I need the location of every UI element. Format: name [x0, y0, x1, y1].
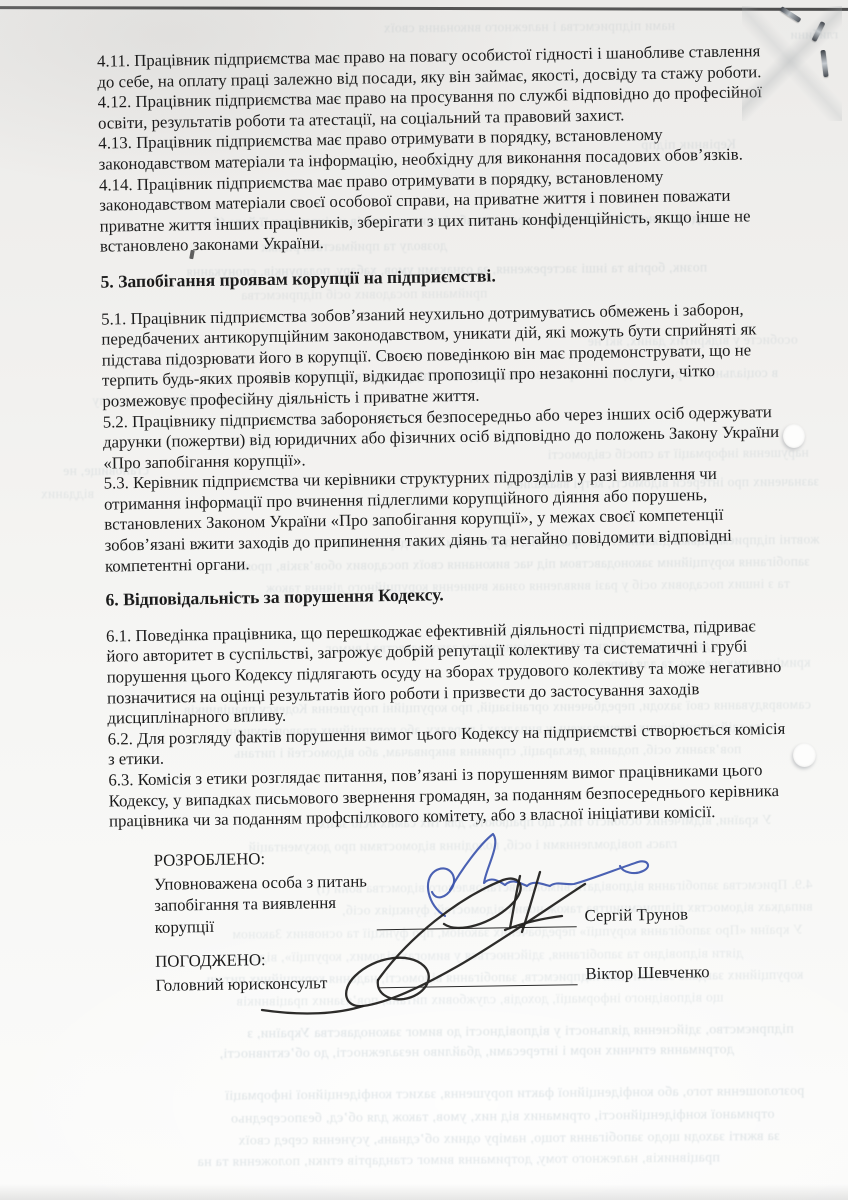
bleedthrough-line: працівників, належного тому, дотримання …: [80, 1150, 720, 1172]
bleedthrough-line: підприємство, здійснення діяльності у ві…: [94, 1022, 794, 1044]
staple-mark: [820, 50, 828, 77]
scan-bottom-shadow: [0, 1184, 848, 1200]
bleedthrough-line: розголошення того, або конфіденційної фа…: [59, 1084, 804, 1107]
bleedthrough-line: дотримання етичних норм і інтересами, дб…: [74, 1042, 734, 1064]
bleedthrough-line: за вжиті заходи щодо запобігання тощо, н…: [60, 1129, 780, 1151]
paragraph-5-3: 5.3. Керівник підприємства чи керівники …: [104, 463, 818, 577]
paragraph-6-3: 6.3. Комісія з етики розглядає питання, …: [108, 759, 821, 832]
developed-role-line1: Уповноважена особа з питань: [154, 871, 367, 893]
staple-mark: [812, 21, 826, 42]
document-body: 4.11. Працівник підприємства має право н…: [97, 40, 821, 832]
section-5-heading: 5. Запобігання проявам корупції на підпр…: [100, 260, 812, 292]
developed-name: Сергій Трунов: [576, 903, 688, 926]
paragraph-4-11-to-4-14: 4.11. Працівник підприємства має право н…: [97, 40, 812, 257]
agreed-signature-line: [378, 982, 578, 988]
paragraph-5-2: 5.2. Працівнику підприємства забороняєть…: [103, 401, 816, 474]
section-6-heading: 6. Відповідальність за порушення Кодексу…: [105, 579, 817, 611]
developed-signature-line: [377, 924, 577, 930]
bleedthrough-line: відданих: [4, 486, 94, 503]
agreed-name: Віктор Шевченко: [577, 961, 709, 985]
scanned-document-page: нами підприємства і належного виконання …: [0, 0, 848, 1200]
scan-top-edge: [0, 6, 848, 11]
developed-role: Уповноважена особа з питань запобігання …: [154, 870, 375, 938]
hole-punch-mark: [783, 424, 805, 448]
paragraph-6-1: 6.1. Поведінка працівника, що перешкоджа…: [106, 615, 820, 729]
bleedthrough-line: нами підприємства і належного виконання …: [245, 18, 675, 38]
bleedthrough-line: отриманої конфіденційності, отриманих ві…: [74, 1107, 774, 1129]
developed-role-line2: запобігання та виявлення корупції: [154, 893, 336, 936]
developed-row: Уповноважена особа з питань запобігання …: [154, 863, 795, 938]
hole-punch-mark: [793, 743, 816, 767]
agreed-role: Головний юрисконсульт: [155, 971, 375, 996]
signoff-block: РОЗРОБЛЕНО: Уповноважена особа з питань …: [153, 840, 795, 996]
paragraph-5-1: 5.1. Працівник підприємства зобов’язаний…: [101, 298, 815, 412]
